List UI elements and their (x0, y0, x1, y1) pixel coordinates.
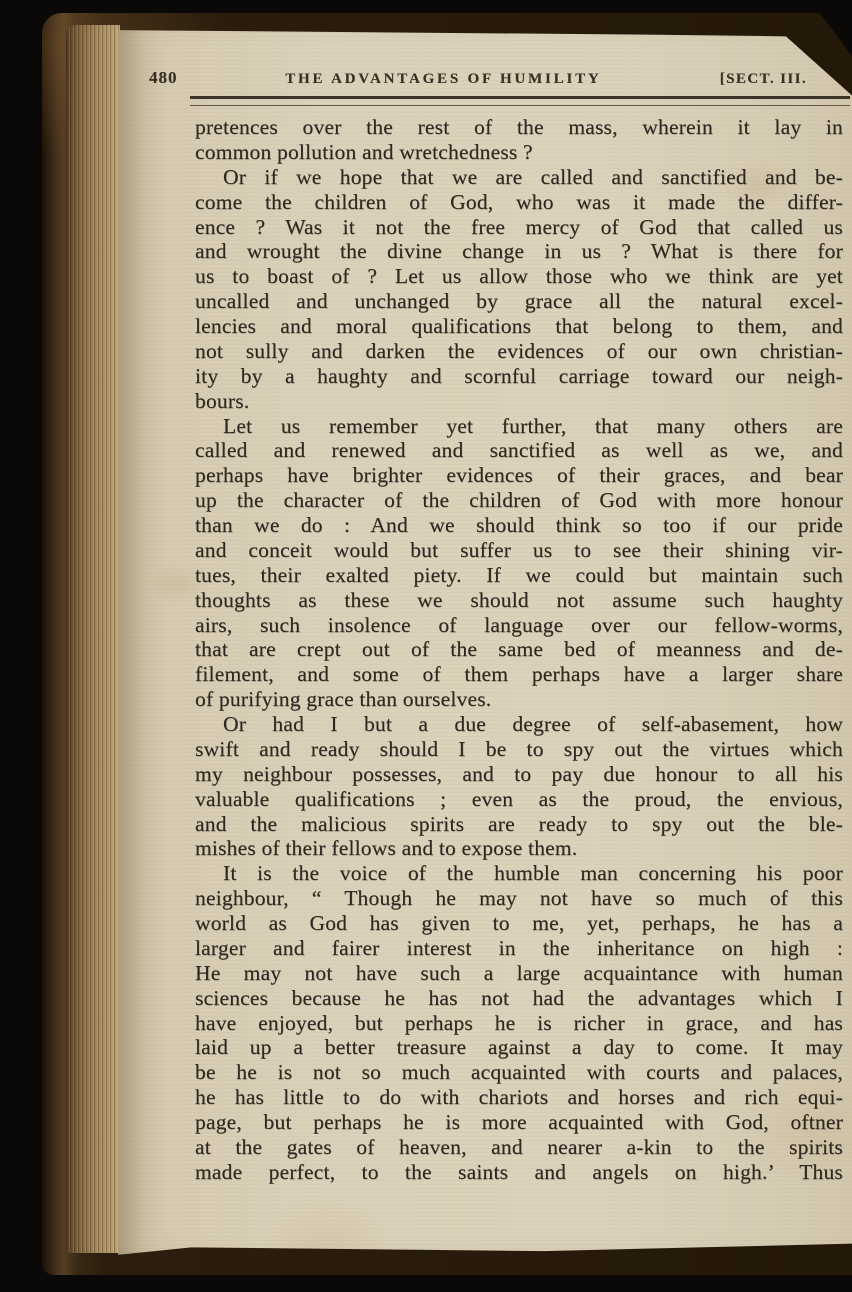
text-line: he has little to do with chariots and ho… (195, 1085, 843, 1110)
text-line: filement, and some of them perhaps have … (195, 662, 843, 687)
text-line: have enjoyed, but perhaps he is richer i… (195, 1011, 843, 1036)
text-line: laid up a better treasure against a day … (195, 1035, 843, 1060)
text-line: thoughts as these we should not assume s… (195, 588, 843, 613)
text-line: and the malicious spirits are ready to s… (195, 812, 843, 837)
text-line: tues, their exalted piety. If we could b… (195, 563, 843, 588)
running-title: THE ADVANTAGES OF HUMILITY (193, 71, 694, 88)
text-line: swift and ready should I be to spy out t… (195, 737, 843, 762)
section-label: [SECT. III. (720, 71, 843, 88)
text-line: Let us remember yet further, that many o… (195, 414, 843, 439)
text-line: of purifying grace than ourselves. (195, 687, 843, 712)
text-line: common pollution and wretchedness ? (195, 140, 843, 165)
text-line: perhaps have brighter evidences of their… (195, 463, 843, 488)
text-line: He may not have such a large acquaintanc… (195, 961, 843, 986)
text-line: mishes of their fellows and to expose th… (195, 836, 843, 861)
header-rule (190, 96, 850, 106)
text-line: come the children of God, who was it mad… (195, 190, 843, 215)
text-line: at the gates of heaven, and nearer a-kin… (195, 1135, 843, 1160)
page-edges (66, 25, 120, 1253)
text-line: pretences over the rest of the mass, whe… (195, 115, 843, 140)
paragraph: Or had I but a due degree of self-abasem… (195, 712, 843, 861)
text-line: not sully and darken the evidences of ou… (195, 339, 843, 364)
text-line: airs, such insolence of language over ou… (195, 613, 843, 638)
text-line: than we do : And we should think so too … (195, 513, 843, 538)
text-line: be he is not so much acquainted with cou… (195, 1060, 843, 1085)
text-line: uncalled and unchanged by grace all the … (195, 289, 843, 314)
text-line: us to boast of ? Let us allow those who … (195, 264, 843, 289)
text-line: Or had I but a due degree of self-abasem… (195, 712, 843, 737)
book-scan-photo: 480 THE ADVANTAGES OF HUMILITY [SECT. II… (0, 0, 852, 1292)
text-line: Or if we hope that we are called and san… (195, 165, 843, 190)
text-line: ity by a haughty and scornful carriage t… (195, 364, 843, 389)
text-line: page, but perhaps he is more acquainted … (195, 1110, 843, 1135)
text-line: valuable qualifications ; even as the pr… (195, 787, 843, 812)
paragraph: Let us remember yet further, that many o… (195, 414, 843, 713)
page-body: pretences over the rest of the mass, whe… (195, 115, 843, 1185)
text-line: called and renewed and sanctified as wel… (195, 438, 843, 463)
text-line: made perfect, to the saints and angels o… (195, 1160, 843, 1185)
running-head: 480 THE ADVANTAGES OF HUMILITY [SECT. II… (195, 68, 843, 88)
text-line: sciences because he has not had the adva… (195, 986, 843, 1011)
text-line: larger and fairer interest in the inheri… (195, 936, 843, 961)
text-line: and conceit would but suffer us to see t… (195, 538, 843, 563)
book-page: 480 THE ADVANTAGES OF HUMILITY [SECT. II… (118, 24, 852, 1256)
text-line: It is the voice of the humble man concer… (195, 861, 843, 886)
text-line: neighbour, “ Though he may not have so m… (195, 886, 843, 911)
text-line: up the character of the children of God … (195, 488, 843, 513)
text-line: lencies and moral qualifications that be… (195, 314, 843, 339)
text-line: ence ? Was it not the free mercy of God … (195, 215, 843, 240)
paragraph: It is the voice of the humble man concer… (195, 861, 843, 1184)
text-line: and wrought the divine change in us ? Wh… (195, 239, 843, 264)
text-line: world as God has given to me, yet, perha… (195, 911, 843, 936)
paragraph: pretences over the rest of the mass, whe… (195, 115, 843, 165)
text-line: that are crept out of the same bed of me… (195, 637, 843, 662)
paragraph: Or if we hope that we are called and san… (195, 165, 843, 414)
text-line: bours. (195, 389, 843, 414)
text-line: my neighbour possesses, and to pay due h… (195, 762, 843, 787)
